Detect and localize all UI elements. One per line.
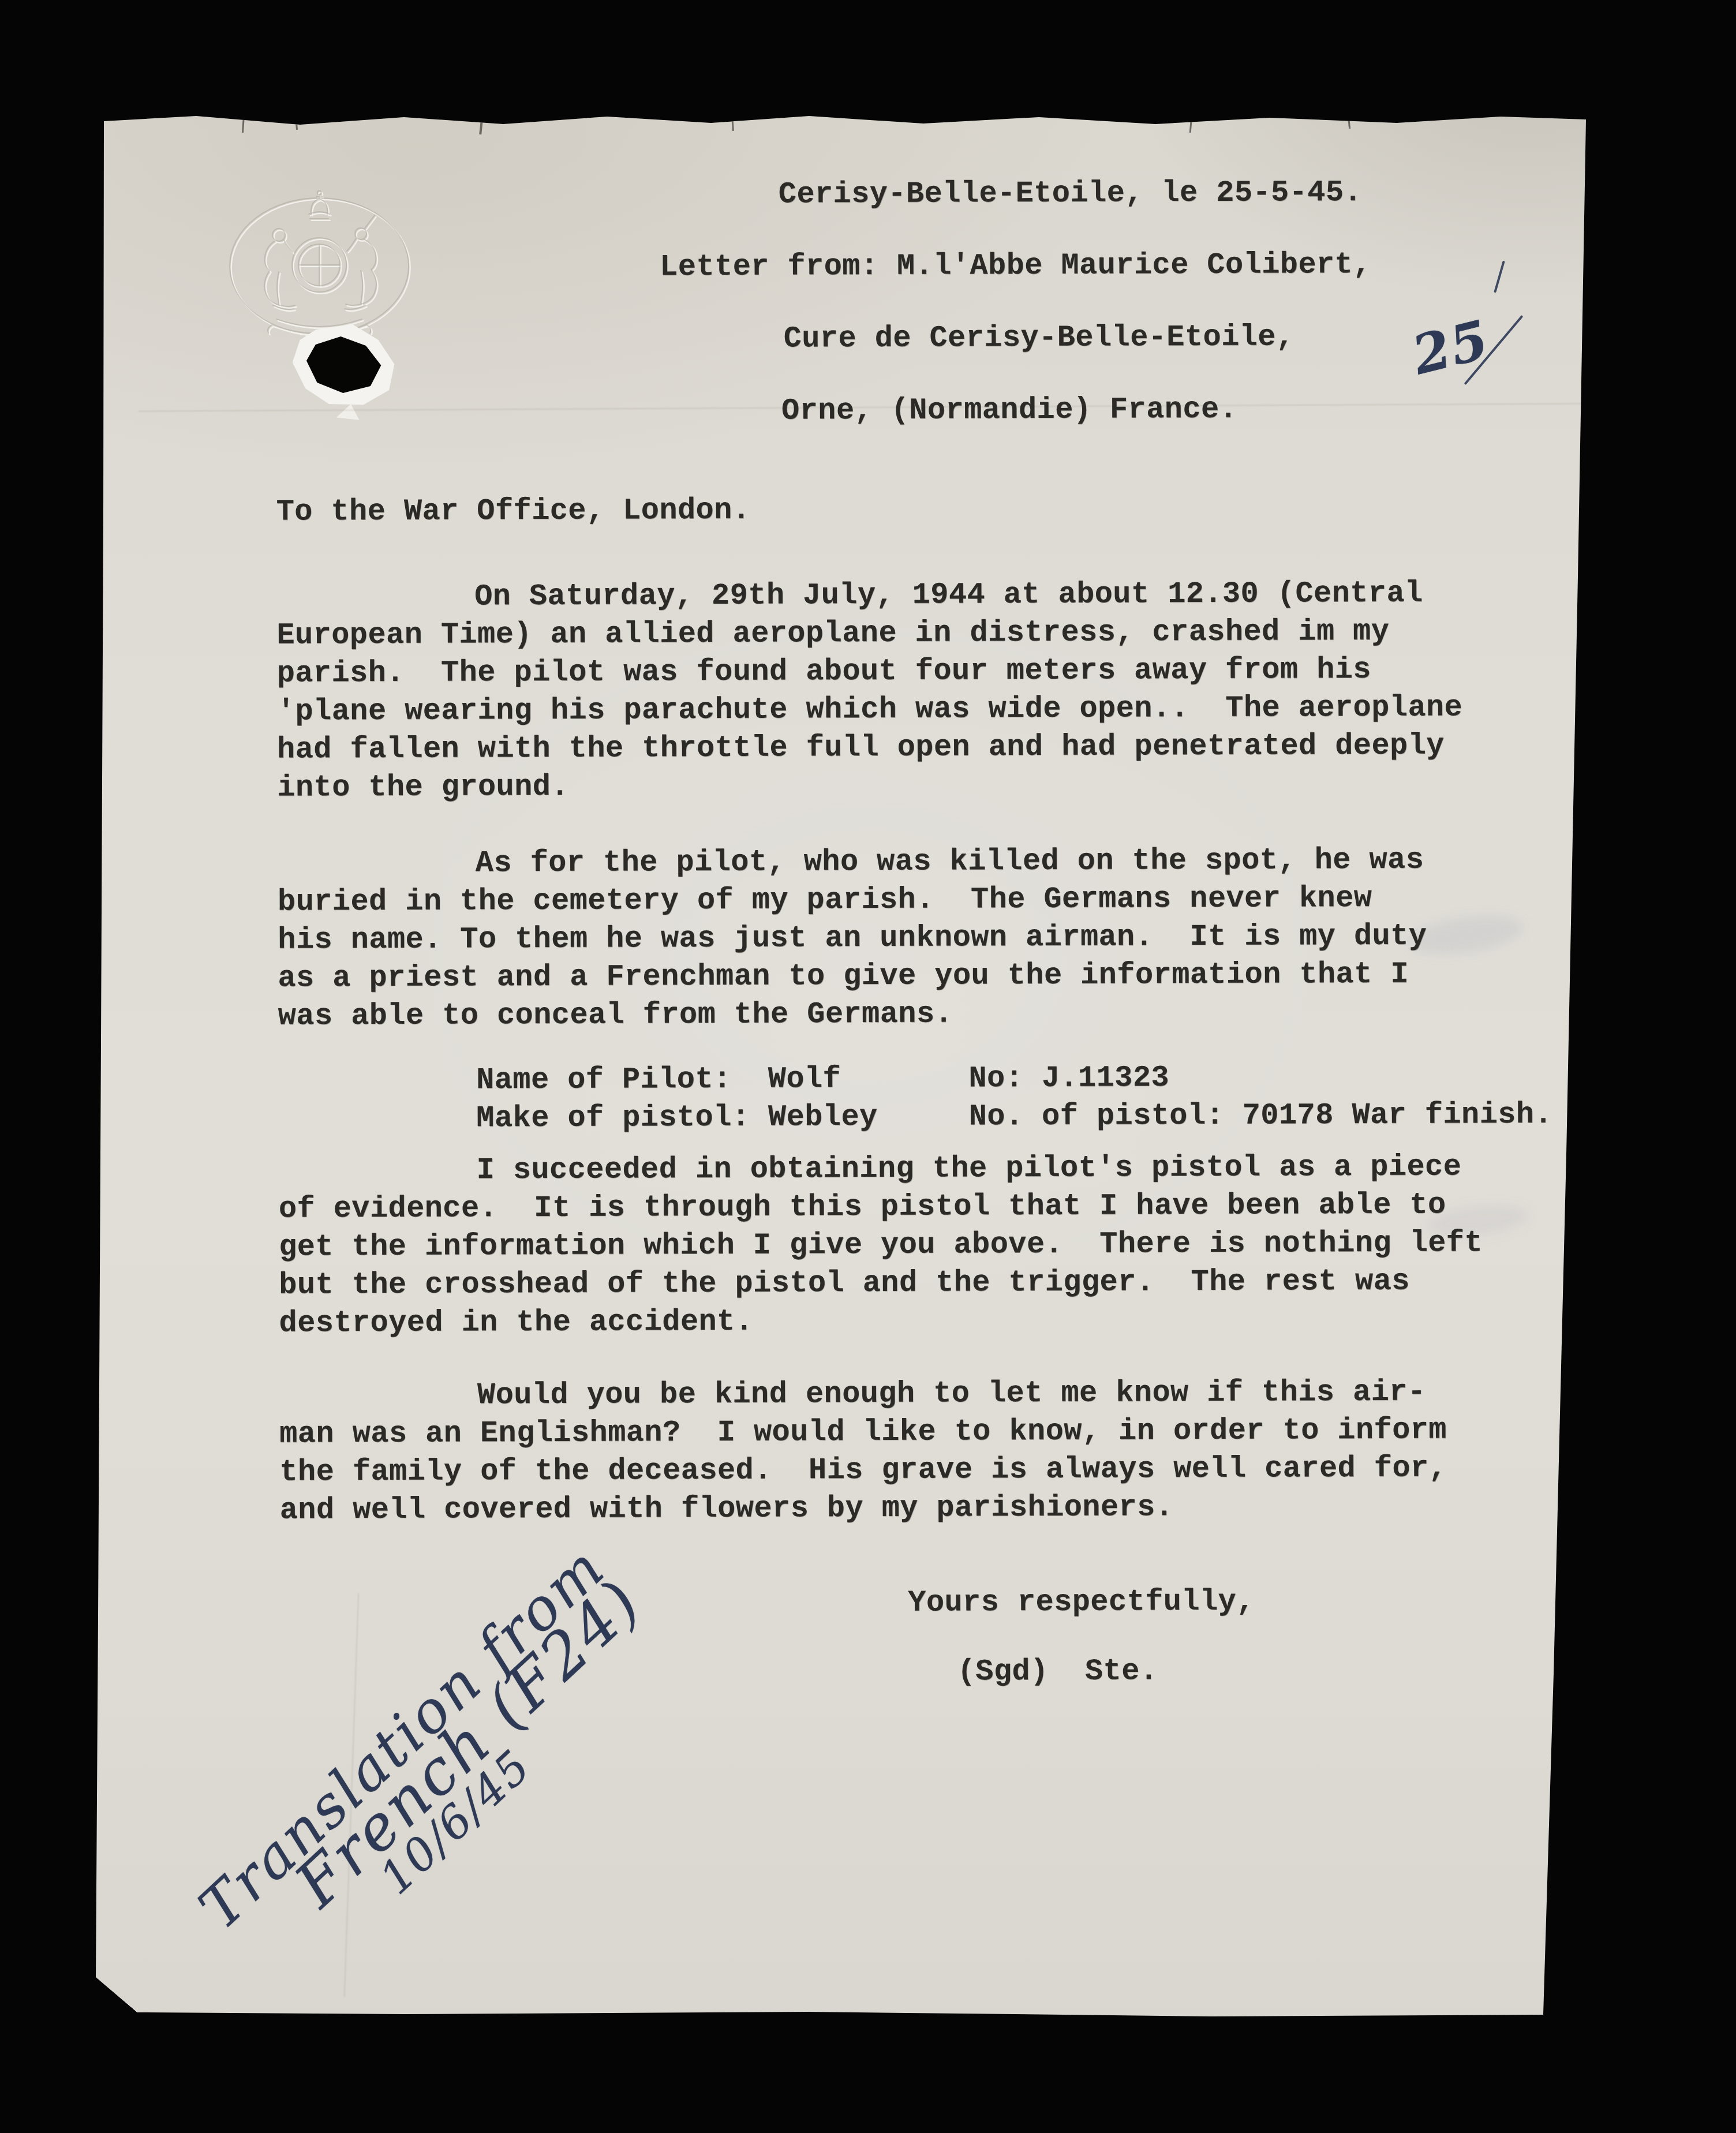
body-line: into the ground. [277,768,569,807]
body-line: I succeeded in obtaining the pilot's pis… [477,1148,1462,1189]
body-line: 'plane wearing his parachute which was w… [277,688,1463,731]
pilot-pistol-line: Make of pistol: Webley No. of pistol: 70… [476,1096,1552,1138]
body-line: the family of the deceased. His grave is… [279,1450,1447,1492]
body-line: was able to conceal from the Germans. [278,995,953,1035]
sender-place-line: Orne, (Normandie) France. [781,391,1237,431]
body-line: As for the pilot, who was killed on the … [476,841,1424,883]
sender-line: Letter from: M.l'Abbe Maurice Colibert, [660,246,1371,286]
body-line: man was an Englishman? I would like to k… [279,1412,1447,1454]
body-line: destroyed in the accident. [279,1303,753,1343]
body-line: buried in the cemetery of my parish. The… [278,880,1372,922]
body-line: his name. To them he was just an unknown… [278,918,1427,960]
body-line: European Time) an allied aeroplane in di… [276,613,1389,655]
body-line: but the crosshead of the pistol and the … [279,1263,1410,1305]
photographed-letter-scan: Cerisy-Belle-Etoile, le 25-5-45. Letter … [0,0,1736,2133]
signature-line: (Sgd) Ste. [957,1652,1158,1691]
letter-page: Cerisy-Belle-Etoile, le 25-5-45. Letter … [0,0,1736,2133]
body-line: get the information which I give you abo… [279,1224,1483,1266]
recipient-line: To the War Office, London. [276,492,751,532]
body-line: On Saturday, 29th July, 1944 at about 12… [474,575,1423,616]
pilot-name-line: Name of Pilot: Wolf No: J.11323 [476,1059,1169,1099]
date-line: Cerisy-Belle-Etoile, le 25-5-45. [779,174,1363,214]
sender-title-line: Cure de Cerisy-Belle-Etoile, [783,318,1294,358]
body-line: had fallen with the throttle full open a… [277,727,1445,769]
body-line: parish. The pilot was found about four m… [277,651,1372,693]
body-line: Would you be kind enough to let me know … [477,1374,1426,1415]
body-line: and well covered with flowers by my pari… [280,1488,1174,1529]
body-line: of evidence. It is through this pistol t… [279,1187,1446,1229]
salutation-line: Yours respectfully, [908,1583,1255,1622]
body-line: as a priest and a Frenchman to give you … [278,956,1409,998]
